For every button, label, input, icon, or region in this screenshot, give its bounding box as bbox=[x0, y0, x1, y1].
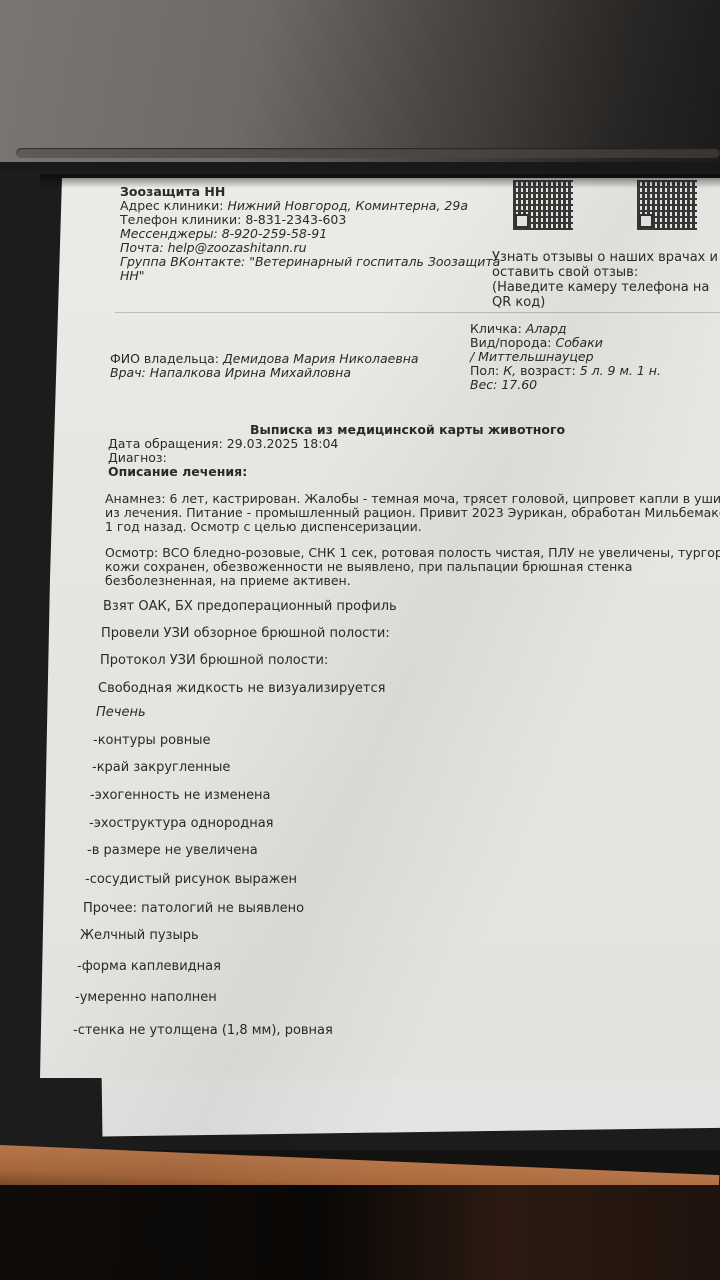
free-fluid-line: Свободная жидкость не визуализируется bbox=[98, 682, 385, 696]
clinic-vk-group-cont: НН" bbox=[120, 269, 500, 283]
liver-item: -край закругленные bbox=[92, 761, 230, 775]
medical-record-document: Зоозащита НН Адрес клиники: Нижний Новго… bbox=[0, 0, 720, 1280]
visit-date: Дата обращения: 29.03.2025 18:04 bbox=[108, 437, 338, 451]
clinic-email: Почта: help@zoozashitann.ru bbox=[120, 241, 500, 255]
diagnosis-label: Диагноз: bbox=[108, 451, 338, 465]
pet-info: Кличка: Алард Вид/порода: Собаки / Митте… bbox=[470, 322, 661, 392]
treatment-heading: Описание лечения: bbox=[108, 465, 338, 479]
pet-species: Вид/порода: Собаки bbox=[470, 336, 661, 350]
clinic-address: Адрес клиники: Нижний Новгород, Коминтер… bbox=[120, 199, 500, 213]
clinic-header: Зоозащита НН Адрес клиники: Нижний Новго… bbox=[120, 185, 500, 283]
anamnesis-paragraph: Анамнез: 6 лет, кастрирован. Жалобы - те… bbox=[105, 492, 720, 534]
tests-line: Взят ОАК, БХ предоперационный профиль bbox=[103, 600, 397, 614]
ultrasound-protocol-heading: Протокол УЗИ брюшной полости: bbox=[100, 654, 328, 668]
reviews-note: Узнать отзывы о наших врачах и оставить … bbox=[492, 250, 718, 310]
ultrasound-line: Провели УЗИ обзорное брюшной полости: bbox=[101, 627, 390, 641]
gallbladder-item: -форма каплевидная bbox=[77, 960, 221, 974]
gallbladder-item: -умеренно наполнен bbox=[75, 991, 217, 1005]
clinic-phone: Телефон клиники: 8-831-2343-603 bbox=[120, 213, 500, 227]
pet-sex-age: Пол: К, возраст: 5 л. 9 м. 1 н. bbox=[470, 364, 661, 378]
gallbladder-item: -стенка не утолщена (1,8 мм), ровная bbox=[73, 1024, 333, 1038]
clinic-messengers: Мессенджеры: 8-920-259-58-91 bbox=[120, 227, 500, 241]
clinic-vk-group: Группа ВКонтакте: "Ветеринарный госпитал… bbox=[120, 255, 500, 269]
liver-item: -контуры ровные bbox=[93, 734, 211, 748]
record-meta: Дата обращения: 29.03.2025 18:04 Диагноз… bbox=[108, 437, 338, 479]
qr-code-icon bbox=[637, 180, 697, 230]
doctor-name: Врач: Напалкова Ирина Михайловна bbox=[110, 366, 419, 380]
header-divider bbox=[115, 312, 720, 313]
liver-item: -в размере не увеличена bbox=[87, 844, 258, 858]
pet-name: Кличка: Алард bbox=[470, 322, 661, 336]
pet-weight: Вес: 17.60 bbox=[470, 378, 661, 392]
owner-info: ФИО владельца: Демидова Мария Николаевна… bbox=[110, 352, 419, 380]
liver-item: -эхогенность не изменена bbox=[90, 789, 271, 803]
gallbladder-heading: Желчный пузырь bbox=[80, 929, 199, 943]
liver-item: -эхоструктура однородная bbox=[89, 817, 273, 831]
clinic-name: Зоозащита НН bbox=[120, 185, 500, 199]
qr-code-icon bbox=[513, 180, 573, 230]
other-findings-line: Прочее: патологий не выявлено bbox=[83, 902, 304, 916]
liver-item: -сосудистый рисунок выражен bbox=[85, 873, 297, 887]
exam-paragraph: Осмотр: ВСО бледно-розовые, СНК 1 сек, р… bbox=[105, 546, 720, 588]
liver-heading: Печень bbox=[96, 706, 146, 720]
owner-name: ФИО владельца: Демидова Мария Николаевна bbox=[110, 352, 419, 366]
document-title: Выписка из медицинской карты животного bbox=[250, 423, 565, 437]
pet-breed: / Миттельшнауцер bbox=[470, 350, 661, 364]
